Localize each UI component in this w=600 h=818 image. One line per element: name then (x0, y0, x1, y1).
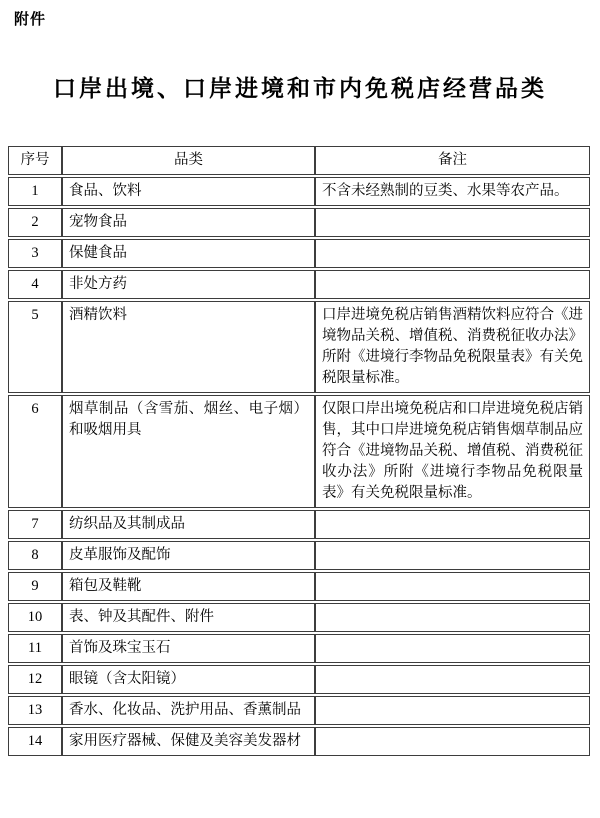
table-row: 14家用医疗器械、保健及美容美发器材 (8, 727, 590, 756)
categories-table: 序号 品类 备注 1食品、饮料不含未经熟制的豆类、水果等农产品。2宠物食品3保健… (8, 144, 590, 758)
table-row: 8皮革服饰及配饰 (8, 541, 590, 570)
remark-cell (315, 572, 590, 601)
category-cell: 纺织品及其制成品 (62, 510, 315, 539)
remark-cell (315, 696, 590, 725)
remark-cell (315, 665, 590, 694)
category-cell: 首饰及珠宝玉石 (62, 634, 315, 663)
remark-cell (315, 603, 590, 632)
table-row: 13香水、化妆品、洗护用品、香薰制品 (8, 696, 590, 725)
category-cell: 食品、饮料 (62, 177, 315, 206)
remark-cell (315, 239, 590, 268)
category-cell: 香水、化妆品、洗护用品、香薰制品 (62, 696, 315, 725)
table-row: 6烟草制品（含雪茄、烟丝、电子烟）和吸烟用具仅限口岸出境免税店和口岸进境免税店销… (8, 395, 590, 508)
table-row: 7纺织品及其制成品 (8, 510, 590, 539)
remark-cell: 不含未经熟制的豆类、水果等农产品。 (315, 177, 590, 206)
table-row: 4非处方药 (8, 270, 590, 299)
remark-cell (315, 541, 590, 570)
category-cell: 皮革服饰及配饰 (62, 541, 315, 570)
table-row: 5酒精饮料口岸进境免税店销售酒精饮料应符合《进境物品关税、增值税、消费税征收办法… (8, 301, 590, 393)
row-number-cell: 8 (8, 541, 62, 570)
remark-cell: 口岸进境免税店销售酒精饮料应符合《进境物品关税、增值税、消费税征收办法》所附《进… (315, 301, 590, 393)
remark-cell (315, 510, 590, 539)
row-number-cell: 13 (8, 696, 62, 725)
table-row: 3保健食品 (8, 239, 590, 268)
row-number-cell: 10 (8, 603, 62, 632)
table-row: 11首饰及珠宝玉石 (8, 634, 590, 663)
header-category: 品类 (62, 146, 315, 175)
table-row: 12眼镜（含太阳镜） (8, 665, 590, 694)
table-header-row: 序号 品类 备注 (8, 146, 590, 175)
header-serial-number: 序号 (8, 146, 62, 175)
remark-cell: 仅限口岸出境免税店和口岸进境免税店销售，其中口岸进境免税店销售烟草制品应符合《进… (315, 395, 590, 508)
category-cell: 保健食品 (62, 239, 315, 268)
row-number-cell: 5 (8, 301, 62, 393)
row-number-cell: 9 (8, 572, 62, 601)
row-number-cell: 4 (8, 270, 62, 299)
table-row: 1食品、饮料不含未经熟制的豆类、水果等农产品。 (8, 177, 590, 206)
row-number-cell: 14 (8, 727, 62, 756)
remark-cell (315, 270, 590, 299)
category-cell: 家用医疗器械、保健及美容美发器材 (62, 727, 315, 756)
row-number-cell: 3 (8, 239, 62, 268)
header-remark: 备注 (315, 146, 590, 175)
category-cell: 宠物食品 (62, 208, 315, 237)
table-row: 10表、钟及其配件、附件 (8, 603, 590, 632)
table-row: 2宠物食品 (8, 208, 590, 237)
category-cell: 表、钟及其配件、附件 (62, 603, 315, 632)
remark-cell (315, 634, 590, 663)
category-cell: 烟草制品（含雪茄、烟丝、电子烟）和吸烟用具 (62, 395, 315, 508)
remark-cell (315, 727, 590, 756)
page-title: 口岸出境、口岸进境和市内免税店经营品类 (0, 70, 600, 103)
category-cell: 非处方药 (62, 270, 315, 299)
row-number-cell: 7 (8, 510, 62, 539)
table-row: 9箱包及鞋靴 (8, 572, 590, 601)
row-number-cell: 12 (8, 665, 62, 694)
attachment-label: 附件 (14, 8, 46, 29)
row-number-cell: 2 (8, 208, 62, 237)
row-number-cell: 1 (8, 177, 62, 206)
row-number-cell: 11 (8, 634, 62, 663)
category-cell: 眼镜（含太阳镜） (62, 665, 315, 694)
document-page: 附件 口岸出境、口岸进境和市内免税店经营品类 序号 品类 备注 1食品、饮料不含… (0, 0, 600, 818)
remark-cell (315, 208, 590, 237)
category-cell: 箱包及鞋靴 (62, 572, 315, 601)
row-number-cell: 6 (8, 395, 62, 508)
category-cell: 酒精饮料 (62, 301, 315, 393)
